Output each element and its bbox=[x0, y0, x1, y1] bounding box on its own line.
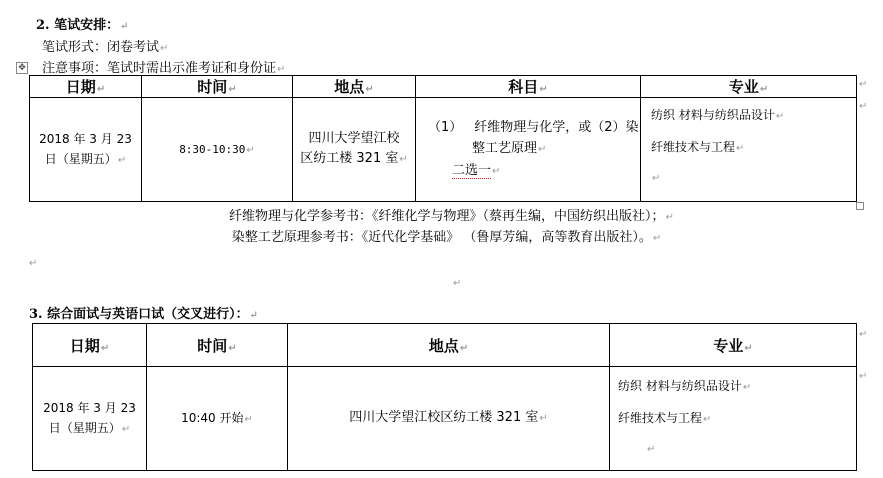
exam-note-line: 注意事项：笔试时需出示准考证和身份证↵ bbox=[42, 57, 285, 76]
date-line-2: 日（星期五） bbox=[45, 152, 117, 166]
place-line-2: 区纺工楼 321 室 bbox=[300, 151, 398, 166]
place-line-1: 四川大学望江校 bbox=[293, 129, 415, 149]
empty-paragraph-mark-icon: ↵ bbox=[453, 278, 461, 289]
interview-table: 日期↵ 时间↵ 地点↵ 专业↵ 2018 年 3 月 23 日（星期五）↵ 10… bbox=[32, 323, 857, 471]
cell-subject: （1）纤维物理与化学，或（2）染 整工艺原理↵ 二选一↵ bbox=[416, 98, 641, 202]
row-end-mark-icon: ↵ bbox=[859, 101, 867, 112]
subject-line-3: 二选一 bbox=[452, 163, 491, 179]
exam-note-text: 注意事项：笔试时需出示准考证和身份证 bbox=[42, 61, 276, 76]
section-2-heading-text: 2. 笔试安排： bbox=[36, 18, 119, 33]
subject-number: （1） bbox=[428, 120, 462, 135]
header-major: 专业↵ bbox=[610, 324, 857, 367]
table-header-row: 日期↵ 时间↵ 地点↵ 科目↵ 专业↵ bbox=[30, 76, 857, 98]
header-major: 专业↵ bbox=[641, 76, 857, 98]
place-value: 四川大学望江校区纺工楼 321 室 bbox=[349, 410, 538, 425]
cell-major: 纺织 材料与纺织品设计↵ 纤维技术与工程↵ ↵ bbox=[641, 98, 857, 202]
subject-line-1: 纤维物理与化学，或（2）染 bbox=[474, 120, 638, 135]
major-2: 纤维技术与工程 bbox=[651, 140, 735, 154]
time-value: 10:40 开始 bbox=[181, 411, 243, 425]
row-end-mark-icon: ↵ bbox=[859, 329, 867, 340]
reference-book-1-text: 纤维物理与化学参考书：《纤维化学与物理》（蔡再生编，中国纺织出版社）； bbox=[229, 209, 665, 224]
table-row: 2018 年 3 月 23 日（星期五）↵ 10:40 开始↵ 四川大学望江校区… bbox=[33, 367, 857, 471]
header-subject: 科目↵ bbox=[416, 76, 641, 98]
reference-book-2: 染整工艺原理参考书：《近代化学基础》 （鲁厚芳编，高等教育出版社）。↵ bbox=[0, 226, 883, 245]
major-1: 纺织 材料与纺织品设计 bbox=[618, 379, 742, 393]
major-2: 纤维技术与工程 bbox=[618, 411, 702, 425]
major-1: 纺织 材料与纺织品设计 bbox=[651, 108, 775, 122]
row-end-mark-icon: ↵ bbox=[859, 79, 867, 90]
date-line-1: 2018 年 3 月 23 bbox=[33, 398, 146, 418]
table-row: 2018 年 3 月 23 日（星期五）↵ 8:30-10:30↵ 四川大学望江… bbox=[30, 98, 857, 202]
paragraph-mark-icon: ↵ bbox=[647, 444, 655, 455]
table-move-handle-icon[interactable]: ✥ bbox=[16, 62, 28, 74]
date-line-2: 日（星期五） bbox=[49, 421, 121, 435]
header-date: 日期↵ bbox=[30, 76, 142, 98]
header-time: 时间↵ bbox=[147, 324, 288, 367]
paragraph-mark-icon: ↵ bbox=[652, 173, 660, 184]
time-value: 8:30-10:30 bbox=[179, 143, 245, 156]
subject-line-2: 整工艺原理 bbox=[472, 141, 537, 156]
reference-book-2-text: 染整工艺原理参考书：《近代化学基础》 （鲁厚芳编，高等教育出版社）。 bbox=[232, 230, 652, 245]
written-exam-table: 日期↵ 时间↵ 地点↵ 科目↵ 专业↵ 2018 年 3 月 23 日（星期五）… bbox=[29, 75, 857, 202]
paragraph-mark-icon: ↵ bbox=[160, 43, 168, 54]
table-header-row: 日期↵ 时间↵ 地点↵ 专业↵ bbox=[33, 324, 857, 367]
cell-place: 四川大学望江校区纺工楼 321 室↵ bbox=[288, 367, 610, 471]
header-place: 地点↵ bbox=[288, 324, 610, 367]
cell-time: 8:30-10:30↵ bbox=[142, 98, 293, 202]
paragraph-mark-icon: ↵ bbox=[277, 64, 285, 75]
section-3-heading: 3. 综合面试与英语口试（交叉进行）：↵ bbox=[29, 303, 258, 322]
header-place: 地点↵ bbox=[293, 76, 416, 98]
section-3-heading-text: 3. 综合面试与英语口试（交叉进行）： bbox=[29, 307, 249, 322]
exam-form-line: 笔试形式：闭卷考试↵ bbox=[42, 36, 168, 55]
header-date: 日期↵ bbox=[33, 324, 147, 367]
cell-time: 10:40 开始↵ bbox=[147, 367, 288, 471]
cell-place: 四川大学望江校 区纺工楼 321 室↵ bbox=[293, 98, 416, 202]
section-2-heading: 2. 笔试安排：↵ bbox=[36, 14, 129, 33]
date-line-1: 2018 年 3 月 23 bbox=[30, 129, 141, 149]
cell-date: 2018 年 3 月 23 日（星期五）↵ bbox=[30, 98, 142, 202]
reference-book-1: 纤维物理与化学参考书：《纤维化学与物理》（蔡再生编，中国纺织出版社）；↵ bbox=[0, 205, 883, 224]
empty-paragraph-mark-icon: ↵ bbox=[29, 258, 37, 269]
row-end-mark-icon: ↵ bbox=[859, 371, 867, 382]
cell-major: 纺织 材料与纺织品设计↵ 纤维技术与工程↵ ↵ bbox=[610, 367, 857, 471]
exam-form-text: 笔试形式：闭卷考试 bbox=[42, 40, 159, 55]
header-time: 时间↵ bbox=[142, 76, 293, 98]
cell-date: 2018 年 3 月 23 日（星期五）↵ bbox=[33, 367, 147, 471]
paragraph-mark-icon: ↵ bbox=[120, 21, 128, 32]
